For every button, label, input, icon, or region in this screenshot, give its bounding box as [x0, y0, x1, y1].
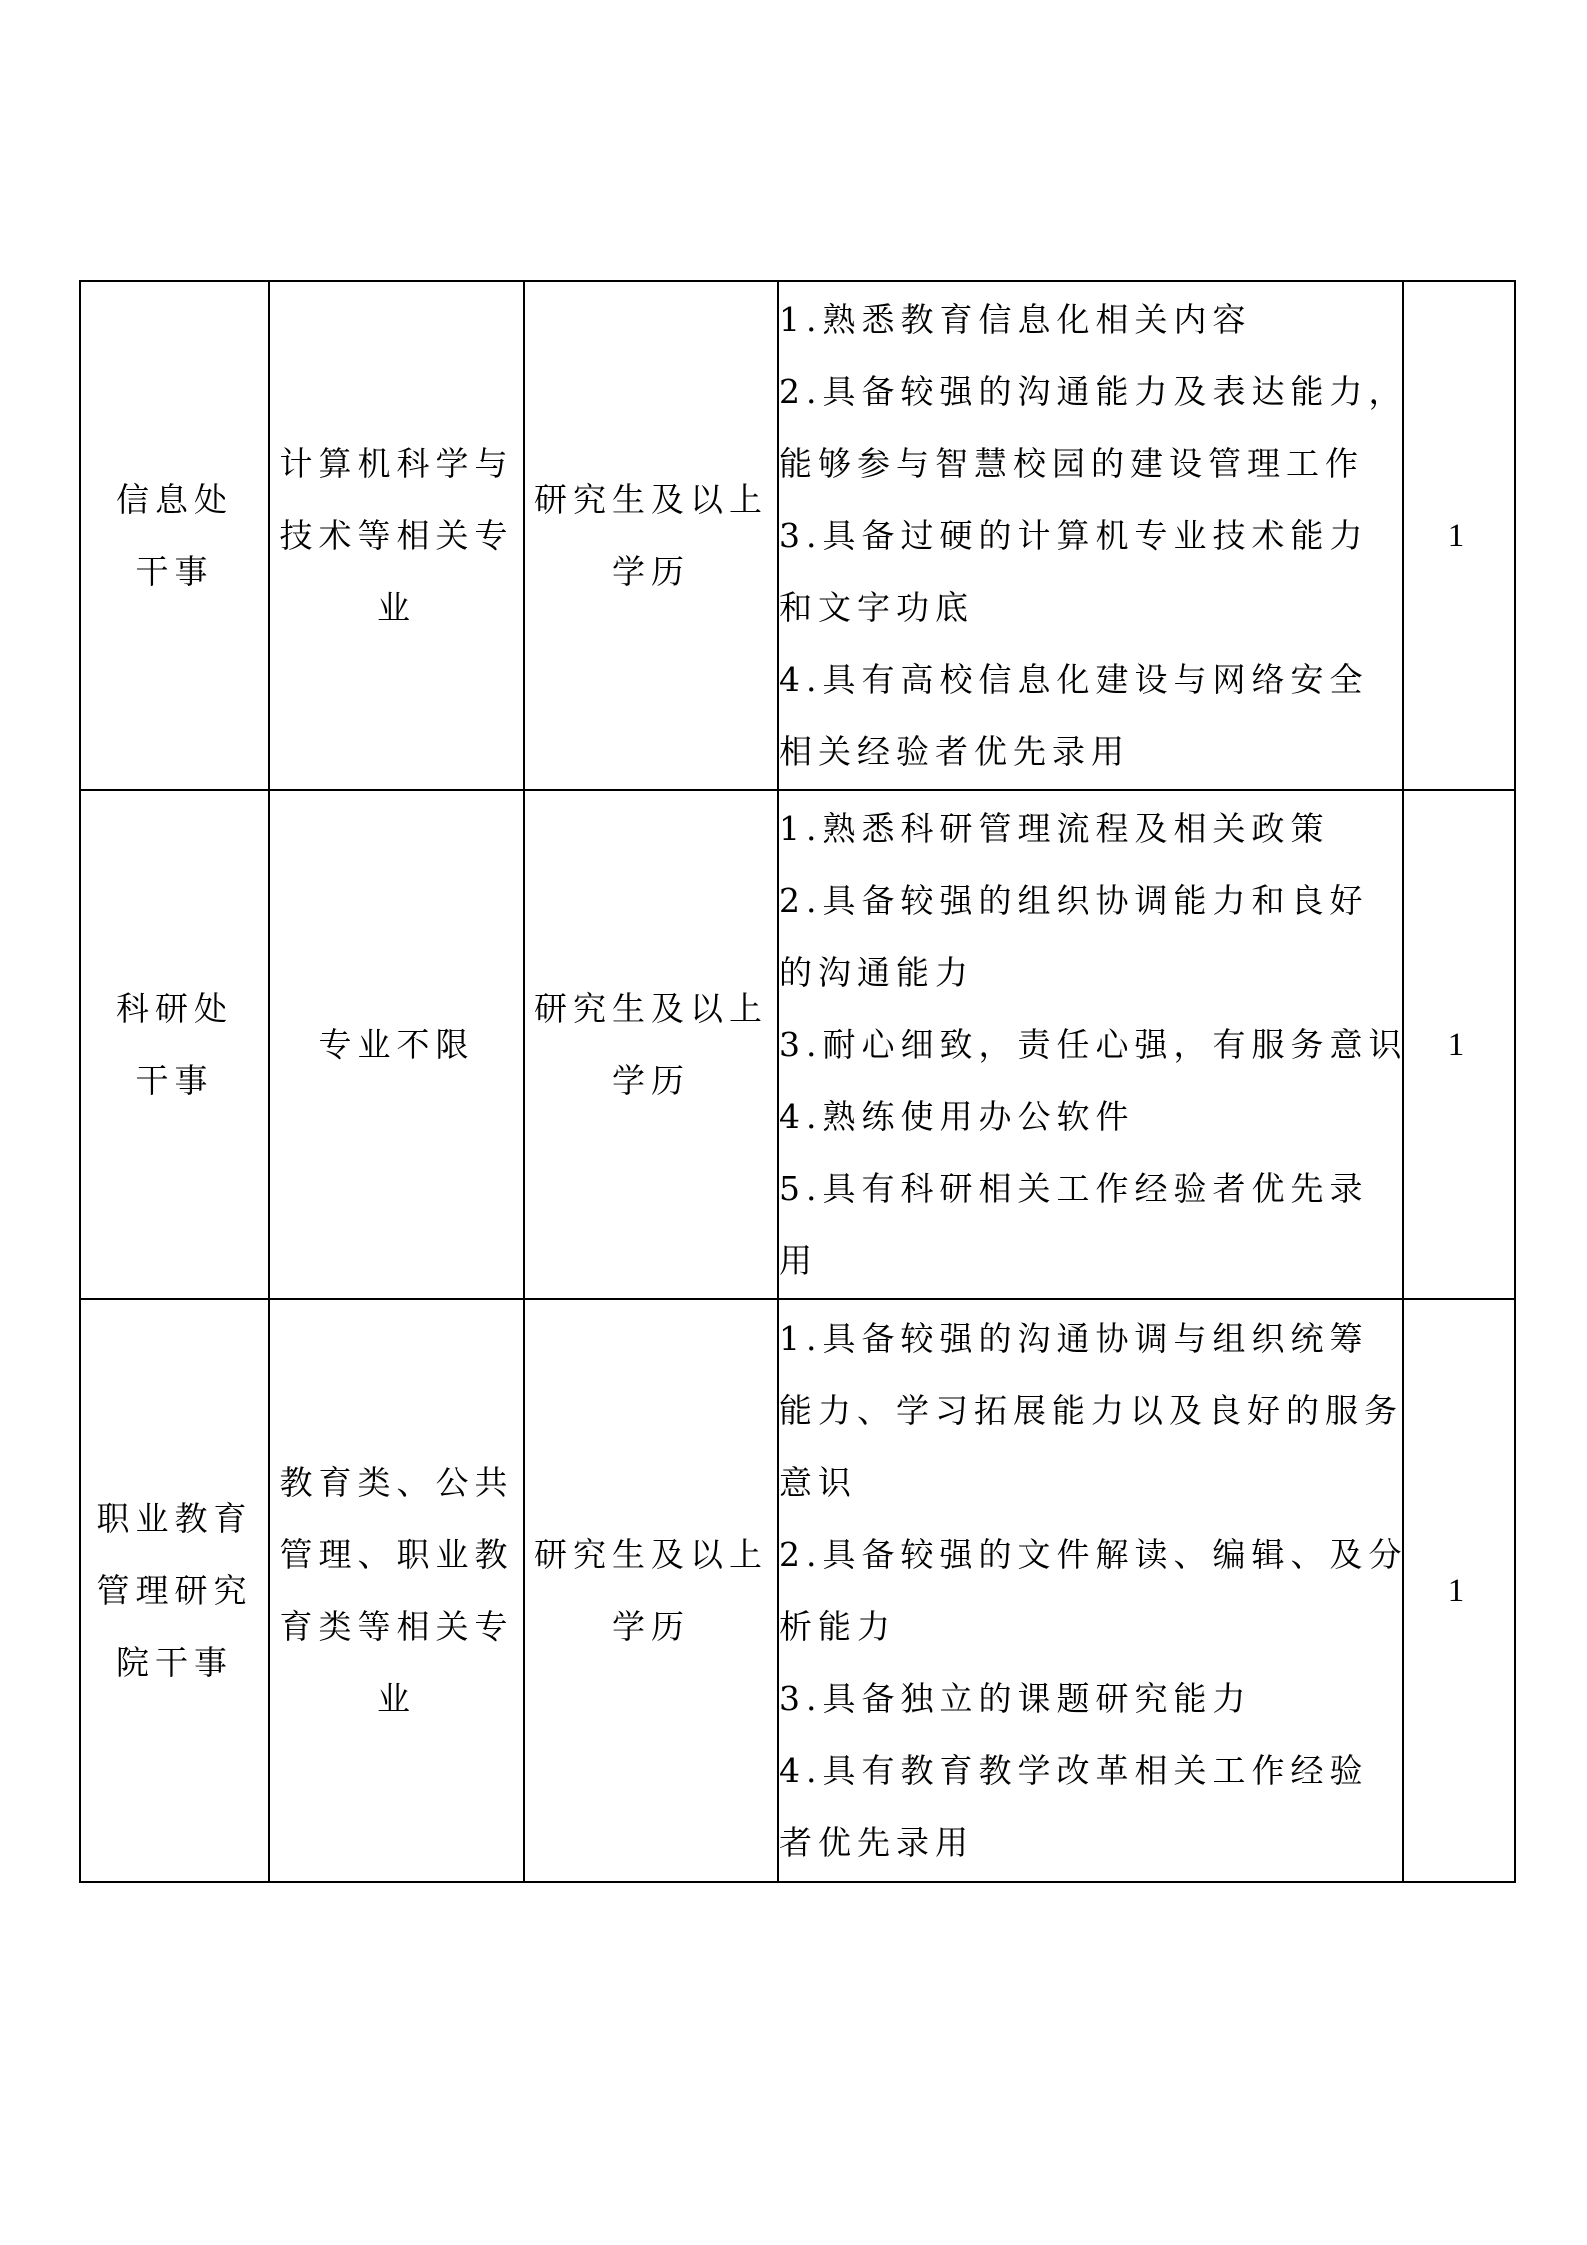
major-line: 育类等相关专	[270, 1591, 523, 1663]
major-cell: 专业不限	[269, 790, 524, 1299]
job-positions-table: 信息处 干事 计算机科学与 技术等相关专 业 研究生及以上 学历 1.熟悉教育信…	[79, 280, 1516, 1883]
position-line: 干事	[81, 536, 268, 608]
requirements-cell: 1.具备较强的沟通协调与组织统筹 能力、学习拓展能力以及良好的服务 意识 2.具…	[778, 1299, 1403, 1882]
major-cell: 计算机科学与 技术等相关专 业	[269, 281, 524, 790]
education-cell: 研究生及以上 学历	[524, 281, 778, 790]
requirement-line: 和文字功底	[779, 572, 1402, 644]
education-line: 研究生及以上	[525, 1519, 777, 1591]
education-line: 学历	[525, 1045, 777, 1117]
requirements-cell: 1.熟悉科研管理流程及相关政策 2.具备较强的组织协调能力和良好 的沟通能力 3…	[778, 790, 1403, 1299]
education-cell: 研究生及以上 学历	[524, 1299, 778, 1882]
position-line: 管理研究	[81, 1555, 268, 1627]
table-row: 信息处 干事 计算机科学与 技术等相关专 业 研究生及以上 学历 1.熟悉教育信…	[80, 281, 1515, 790]
major-line: 管理、职业教	[270, 1519, 523, 1591]
position-cell: 职业教育 管理研究 院干事	[80, 1299, 269, 1882]
requirements-cell: 1.熟悉教育信息化相关内容 2.具备较强的沟通能力及表达能力， 能够参与智慧校园…	[778, 281, 1403, 790]
major-line: 教育类、公共	[270, 1447, 523, 1519]
requirement-line: 相关经验者优先录用	[779, 716, 1402, 788]
headcount-cell: 1	[1403, 790, 1515, 1299]
requirement-line: 析能力	[779, 1591, 1402, 1663]
requirement-line: 者优先录用	[779, 1807, 1402, 1879]
position-line: 职业教育	[81, 1483, 268, 1555]
requirement-line: 用	[779, 1225, 1402, 1297]
education-line: 学历	[525, 1591, 777, 1663]
requirement-line: 2.具备较强的文件解读、编辑、及分	[779, 1519, 1402, 1591]
major-line: 计算机科学与	[270, 428, 523, 500]
major-line: 业	[270, 1663, 523, 1735]
requirement-line: 能力、学习拓展能力以及良好的服务	[779, 1375, 1402, 1447]
requirement-line: 意识	[779, 1447, 1402, 1519]
requirements-list: 1.具备较强的沟通协调与组织统筹 能力、学习拓展能力以及良好的服务 意识 2.具…	[779, 1303, 1402, 1879]
requirement-line: 3.具备过硬的计算机专业技术能力	[779, 500, 1402, 572]
position-line: 信息处	[81, 464, 268, 536]
position-line: 干事	[81, 1045, 268, 1117]
requirement-line: 1.熟悉教育信息化相关内容	[779, 284, 1402, 356]
requirement-line: 4.具有高校信息化建设与网络安全	[779, 644, 1402, 716]
requirement-line: 2.具备较强的组织协调能力和良好	[779, 865, 1402, 937]
position-line: 科研处	[81, 973, 268, 1045]
requirements-list: 1.熟悉科研管理流程及相关政策 2.具备较强的组织协调能力和良好 的沟通能力 3…	[779, 793, 1402, 1297]
document-page: 信息处 干事 计算机科学与 技术等相关专 业 研究生及以上 学历 1.熟悉教育信…	[0, 0, 1587, 2245]
education-cell: 研究生及以上 学历	[524, 790, 778, 1299]
education-line: 研究生及以上	[525, 464, 777, 536]
major-cell: 教育类、公共 管理、职业教 育类等相关专 业	[269, 1299, 524, 1882]
requirement-line: 的沟通能力	[779, 937, 1402, 1009]
requirements-list: 1.熟悉教育信息化相关内容 2.具备较强的沟通能力及表达能力， 能够参与智慧校园…	[779, 284, 1402, 788]
table-row: 职业教育 管理研究 院干事 教育类、公共 管理、职业教 育类等相关专 业 研究生…	[80, 1299, 1515, 1882]
table-row: 科研处 干事 专业不限 研究生及以上 学历 1.熟悉科研管理流程及相关政策 2.…	[80, 790, 1515, 1299]
requirement-line: 能够参与智慧校园的建设管理工作	[779, 428, 1402, 500]
position-cell: 信息处 干事	[80, 281, 269, 790]
position-line: 院干事	[81, 1627, 268, 1699]
requirement-line: 1.熟悉科研管理流程及相关政策	[779, 793, 1402, 865]
headcount-cell: 1	[1403, 281, 1515, 790]
headcount-cell: 1	[1403, 1299, 1515, 1882]
requirement-line: 5.具有科研相关工作经验者优先录	[779, 1153, 1402, 1225]
position-cell: 科研处 干事	[80, 790, 269, 1299]
requirement-line: 4.熟练使用办公软件	[779, 1081, 1402, 1153]
education-line: 研究生及以上	[525, 973, 777, 1045]
major-line: 业	[270, 572, 523, 644]
requirement-line: 3.耐心细致，责任心强，有服务意识	[779, 1009, 1402, 1081]
education-line: 学历	[525, 536, 777, 608]
requirement-line: 4.具有教育教学改革相关工作经验	[779, 1735, 1402, 1807]
major-line: 专业不限	[270, 1009, 523, 1081]
requirement-line: 3.具备独立的课题研究能力	[779, 1663, 1402, 1735]
requirement-line: 2.具备较强的沟通能力及表达能力，	[779, 356, 1402, 428]
major-line: 技术等相关专	[270, 500, 523, 572]
requirement-line: 1.具备较强的沟通协调与组织统筹	[779, 1303, 1402, 1375]
